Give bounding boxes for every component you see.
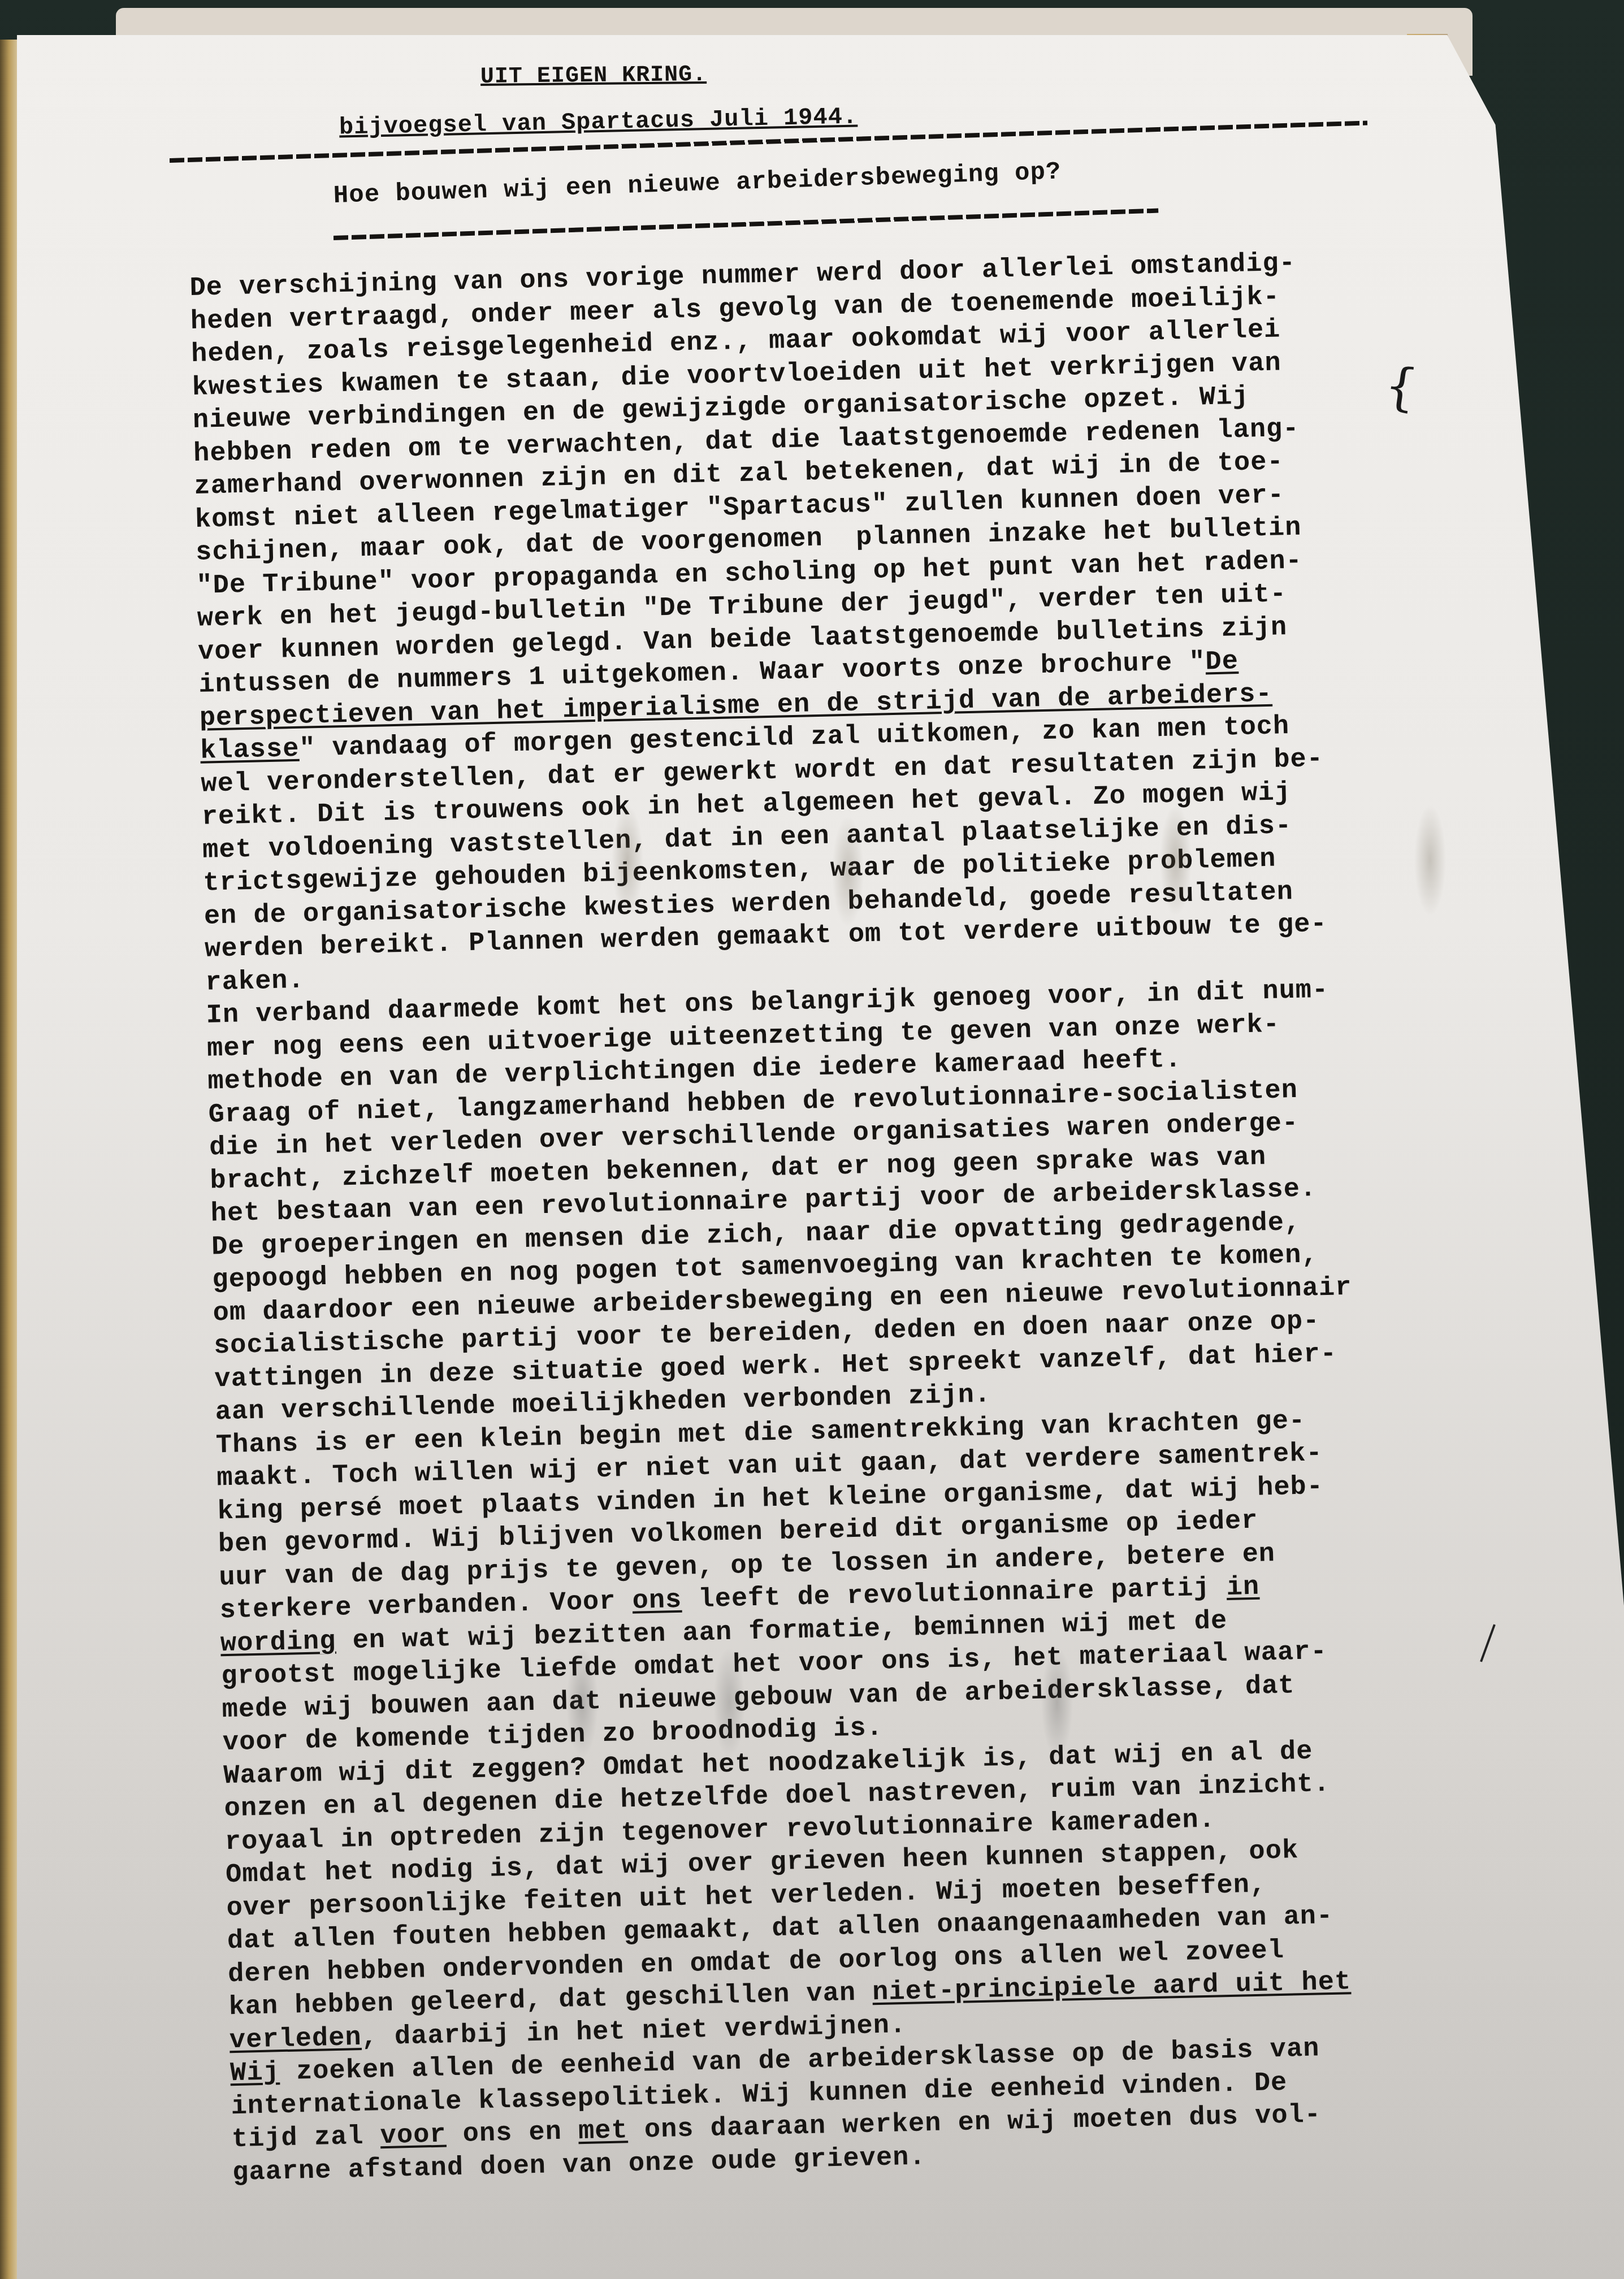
- text-segment: ons en: [446, 2117, 579, 2150]
- photo-background: UIT EIGEN KRING. bijvoegsel van Spartacu…: [0, 0, 1624, 2279]
- article-body: De verschijning van ons vorige nummer we…: [189, 243, 1532, 2190]
- typewritten-page: UIT EIGEN KRING. bijvoegsel van Spartacu…: [17, 35, 1624, 2279]
- supplement-line: bijvoegsel van Spartacus Juli 1944.: [339, 103, 858, 141]
- underlined-phrase: klasse: [200, 734, 300, 766]
- underlined-phrase: ons: [632, 1585, 682, 1617]
- text-segment: raken.: [205, 965, 305, 998]
- underlined-phrase: verleden: [229, 2022, 362, 2055]
- underlined-phrase: De: [1205, 647, 1239, 677]
- article-title: Hoe bouwen wij een nieuwe arbeidersbeweg…: [333, 158, 1062, 210]
- masthead: UIT EIGEN KRING.: [480, 62, 707, 90]
- underlined-phrase: Wij: [230, 2057, 280, 2089]
- underlined-phrase: in: [1226, 1572, 1260, 1603]
- title-underline-rule: [334, 209, 1158, 240]
- text-segment: tijd zal: [231, 2121, 380, 2155]
- underlined-phrase: voor: [380, 2120, 447, 2152]
- underlined-phrase: met: [578, 2116, 629, 2147]
- underlined-phrase: wording: [220, 1626, 336, 1659]
